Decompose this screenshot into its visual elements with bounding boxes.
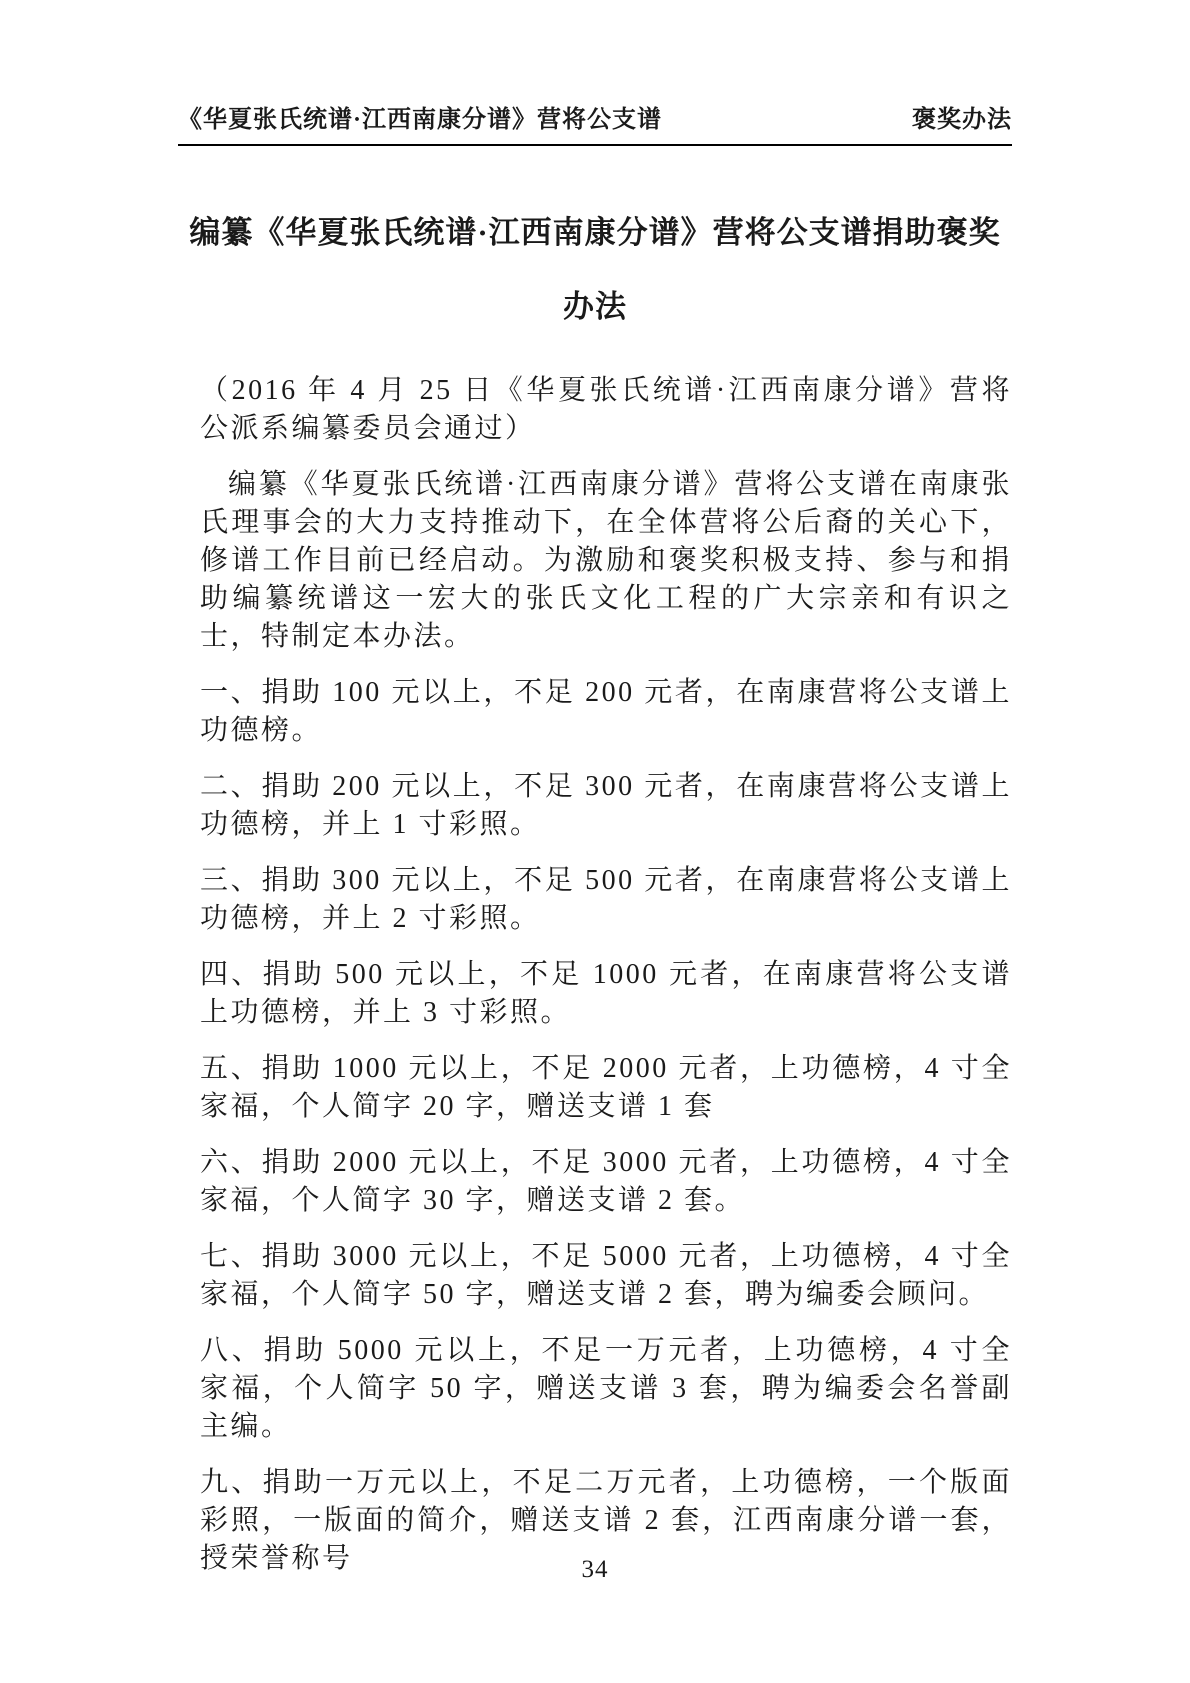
clause-5: 五、捐助 1000 元以上，不足 2000 元者，上功德榜，4 寸全家福，个人简… xyxy=(200,1050,1012,1126)
clause-1: 一、捐助 100 元以上，不足 200 元者，在南康营将公支谱上功德榜。 xyxy=(200,674,1012,750)
document-title: 编纂《华夏张氏统谱·江西南康分谱》营将公支谱捐助褒奖 办法 xyxy=(175,196,1015,344)
clause-8: 八、捐助 5000 元以上，不足一万元者，上功德榜，4 寸全家福，个人简字 50… xyxy=(200,1332,1012,1446)
preamble-paragraph: 编纂《华夏张氏统谱·江西南康分谱》营将公支谱在南康张氏理事会的大力支持推动下，在… xyxy=(200,466,1012,656)
running-header: 《华夏张氏统谱·江西南康分谱》营将公支谱 褒奖办法 xyxy=(178,104,1012,136)
page-footer: 34 xyxy=(0,1556,1190,1584)
clause-6: 六、捐助 2000 元以上，不足 3000 元者，上功德榜，4 寸全家福，个人简… xyxy=(200,1144,1012,1220)
title-line-2: 办法 xyxy=(175,270,1015,344)
header-left-text: 《华夏张氏统谱·江西南康分谱》营将公支谱 xyxy=(178,104,662,136)
header-rule xyxy=(178,144,1012,146)
title-line-1: 编纂《华夏张氏统谱·江西南康分谱》营将公支谱捐助褒奖 xyxy=(175,196,1015,270)
document-body: （2016 年 4 月 25 日《华夏张氏统谱·江西南康分谱》营将公派系编纂委员… xyxy=(200,372,1012,1578)
header-right-text: 褒奖办法 xyxy=(912,104,1012,136)
clause-7: 七、捐助 3000 元以上，不足 5000 元者，上功德榜，4 寸全家福，个人简… xyxy=(200,1238,1012,1314)
clause-2: 二、捐助 200 元以上，不足 300 元者，在南康营将公支谱上功德榜，并上 1… xyxy=(200,768,1012,844)
document-page: 《华夏张氏统谱·江西南康分谱》营将公支谱 褒奖办法 编纂《华夏张氏统谱·江西南康… xyxy=(0,0,1190,1683)
page-number: 34 xyxy=(582,1556,609,1583)
clause-3: 三、捐助 300 元以上，不足 500 元者，在南康营将公支谱上功德榜，并上 2… xyxy=(200,862,1012,938)
clause-4: 四、捐助 500 元以上，不足 1000 元者，在南康营将公支谱上功德榜，并上 … xyxy=(200,956,1012,1032)
intro-paragraph: （2016 年 4 月 25 日《华夏张氏统谱·江西南康分谱》营将公派系编纂委员… xyxy=(200,372,1012,448)
